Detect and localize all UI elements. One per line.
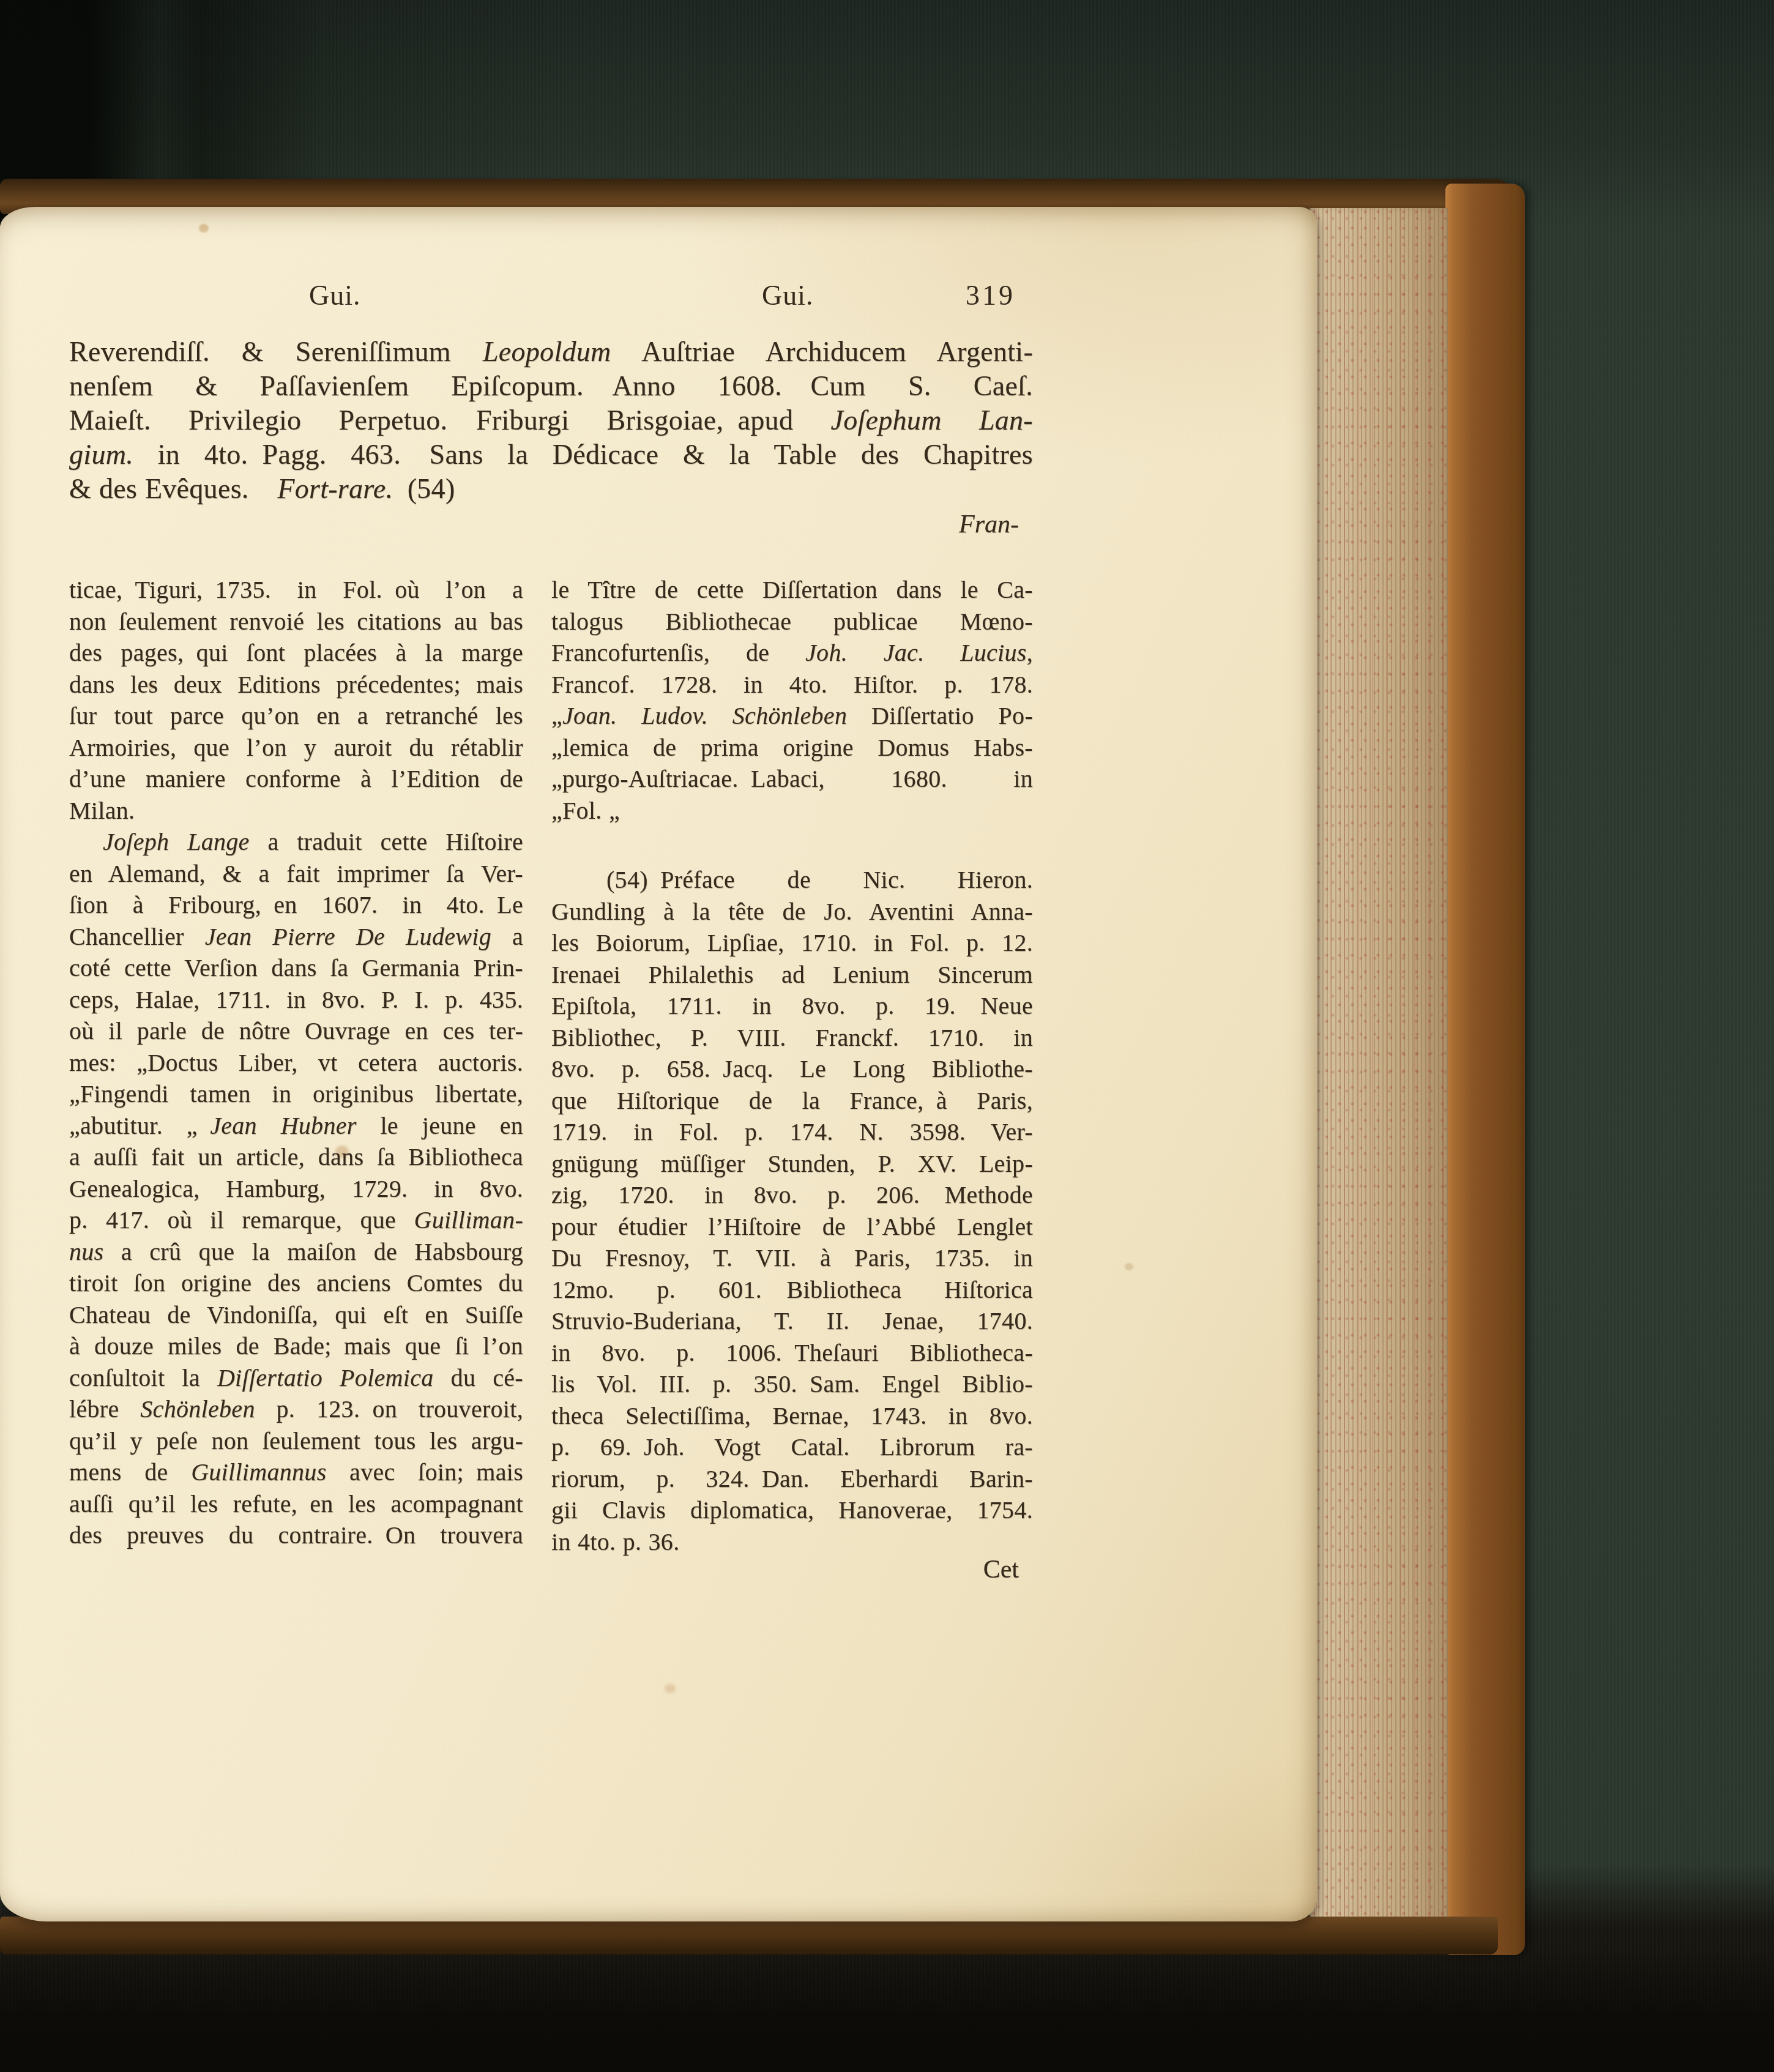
text-line: où il parle de nôtre Ouvrage en ces ter- — [69, 1015, 523, 1047]
text-line: auſſi qu’il les refute, en les acompagna… — [69, 1488, 523, 1520]
text-line: Joſeph Lange a traduit cette Hiſtoire — [69, 826, 523, 858]
left-column: ticae, Tiguri, 1735. in Fol. où l’on ano… — [69, 574, 523, 1551]
text-line: Genealogica, Hamburg, 1729. in 8vo. — [69, 1173, 523, 1205]
text-line: Irenaei Philalethis ad Lenium Sincerum — [551, 959, 1033, 991]
text-line: gnügung müſſiger Stunden, P. XV. Leip- — [551, 1148, 1033, 1180]
text-line: ceps, Halae, 1711. in 8vo. P. I. p. 435. — [69, 984, 523, 1016]
text-line: lébre Schönleben p. 123. on trouveroit, — [69, 1393, 523, 1425]
catchword-top: Fran- — [69, 510, 1019, 539]
text-line: mens de Guillimannus avec ſoin; mais — [69, 1456, 523, 1488]
text-line: „Fol. „ — [551, 795, 1033, 827]
text-line: in 8vo. p. 1006. Theſauri Bibliotheca- — [551, 1337, 1033, 1369]
text-line: Gundling à la tête de Jo. Aventini Anna- — [551, 896, 1033, 928]
text-line: Epiſtola, 1711. in 8vo. p. 19. Neue — [551, 990, 1033, 1022]
text-line: Bibliothec, P. VIII. Franckf. 1710. in — [551, 1022, 1033, 1054]
text-line: riorum, p. 324. Dan. Eberhardi Barin- — [551, 1463, 1033, 1495]
running-title-right: Gui. — [762, 279, 814, 311]
text-line: 1719. in Fol. p. 174. N. 3598. Ver- — [551, 1116, 1033, 1148]
text-line: Reverendiſſ. & Sereniſſimum Leopoldum Au… — [69, 335, 1033, 369]
text-line: theca Selectiſſima, Bernae, 1743. in 8vo… — [551, 1400, 1033, 1432]
text-line: „abutitur. „ Jean Hubner le jeune en — [69, 1110, 523, 1142]
text-line: ſur tout parce qu’on en a retranché les — [69, 700, 523, 732]
text-line: ticae, Tiguri, 1735. in Fol. où l’on a — [69, 574, 523, 606]
text-line: Du Fresnoy, T. VII. à Paris, 1735. in — [551, 1242, 1033, 1274]
text-line: a auſſi fait un article, dans ſa Bibliot… — [69, 1141, 523, 1173]
text-line: tiroit ſon origine des anciens Comtes du — [69, 1267, 523, 1299]
text-line: à douze miles de Bade; mais que ſi l’on — [69, 1330, 523, 1362]
text-line: nus a crû que la maiſon de Habsbourg — [69, 1236, 523, 1268]
text-line: lis Vol. III. p. 350. Sam. Engel Biblio- — [551, 1368, 1033, 1400]
running-header: Gui. Gui. 319 — [0, 279, 1774, 316]
text-line: que Hiſtorique de la France, à Paris, — [551, 1085, 1033, 1117]
text-line: Armoiries, que l’on y auroit du rétablir — [69, 732, 523, 764]
entry-paragraph: Reverendiſſ. & Sereniſſimum Leopoldum Au… — [69, 335, 1033, 506]
text-line: p. 417. où il remarque, que Guilliman- — [69, 1204, 523, 1236]
text-line: le Tître de cette Diſſertation dans le C… — [551, 574, 1033, 606]
text-line: Milan. — [69, 795, 523, 827]
text-line: Francof. 1728. in 4to. Hiſtor. p. 178. — [551, 669, 1033, 701]
text-line: zig, 1720. in 8vo. p. 206. Methode — [551, 1179, 1033, 1211]
text-line: les Boiorum, Lipſiae, 1710. in Fol. p. 1… — [551, 927, 1033, 959]
text-line: & des Evêques. Fort-rare. (54) — [69, 472, 1033, 506]
text-line: non ſeulement renvoié les citations au b… — [69, 606, 523, 638]
text-line: ſion à Fribourg, en 1607. in 4to. Le — [69, 889, 523, 921]
text-line: 12mo. p. 601. Bibliotheca Hiſtorica — [551, 1274, 1033, 1306]
text-line: (54) Préface de Nic. Hieron. — [551, 864, 1033, 896]
text-line: des pages, qui ſont placées à la marge — [69, 637, 523, 669]
text-line: dans les deux Editions précedentes; mais — [69, 669, 523, 701]
text-line: mes: „Doctus Liber, vt cetera auctoris. — [69, 1047, 523, 1079]
text-line: talogus Bibliothecae publicae Mœno- — [551, 606, 1033, 638]
text-line: „purgo-Auſtriacae. Labaci, 1680. in — [551, 763, 1033, 795]
text-line: pour étudier l’Hiſtoire de l’Abbé Lengle… — [551, 1211, 1033, 1243]
text-line: qu’il y peſe non ſeulement tous les argu… — [69, 1425, 523, 1457]
text-line: Maieſt. Privilegio Perpetuo. Friburgi Br… — [69, 403, 1033, 438]
text-line: Chancellier Jean Pierre De Ludewig a — [69, 921, 523, 953]
text-line: Chateau de Vindoniſſa, qui eſt en Suiſſe — [69, 1299, 523, 1331]
text-line: „Fingendi tamen in originibus libertate, — [69, 1078, 523, 1110]
text-line: 8vo. p. 658. Jacq. Le Long Bibliothe- — [551, 1053, 1033, 1085]
text-line: Struvio-Buderiana, T. II. Jenae, 1740. — [551, 1305, 1033, 1337]
page-number: 319 — [966, 279, 1015, 311]
right-column: le Tître de cette Diſſertation dans le C… — [551, 574, 1033, 1557]
running-title-left: Gui. — [309, 279, 361, 311]
text-line: p. 69. Joh. Vogt Catal. Librorum ra- — [551, 1431, 1033, 1463]
text-line: „lemica de prima origine Domus Habs- — [551, 732, 1033, 764]
catchword-bottom: Cet — [69, 1555, 1019, 1584]
page-text-layer: Gui. Gui. 319 Reverendiſſ. & Sereniſſimu… — [0, 0, 1774, 2072]
text-line: coté cette Verſion dans ſa Germania Prin… — [69, 952, 523, 984]
text-line: „Joan. Ludov. Schönleben Diſſertatio Po- — [551, 700, 1033, 732]
text-line: d’une maniere conforme à l’Edition de — [69, 763, 523, 795]
text-line: des preuves du contraire. On trouvera — [69, 1519, 523, 1551]
text-line: gii Clavis diplomatica, Hanoverae, 1754. — [551, 1494, 1033, 1526]
text-line: en Alemand, & a fait imprimer ſa Ver- — [69, 858, 523, 890]
text-line: nenſem & Paſſavienſem Epiſcopum. Anno 16… — [69, 369, 1033, 403]
text-line: conſultoit la Diſſertatio Polemica du cé… — [69, 1362, 523, 1394]
text-line: in 4to. p. 36. — [551, 1526, 1033, 1558]
text-line: Francofurtenſis, de Joh. Jac. Lucius, — [551, 637, 1033, 669]
text-line: gium. in 4to. Pagg. 463. Sans la Dédicac… — [69, 438, 1033, 472]
